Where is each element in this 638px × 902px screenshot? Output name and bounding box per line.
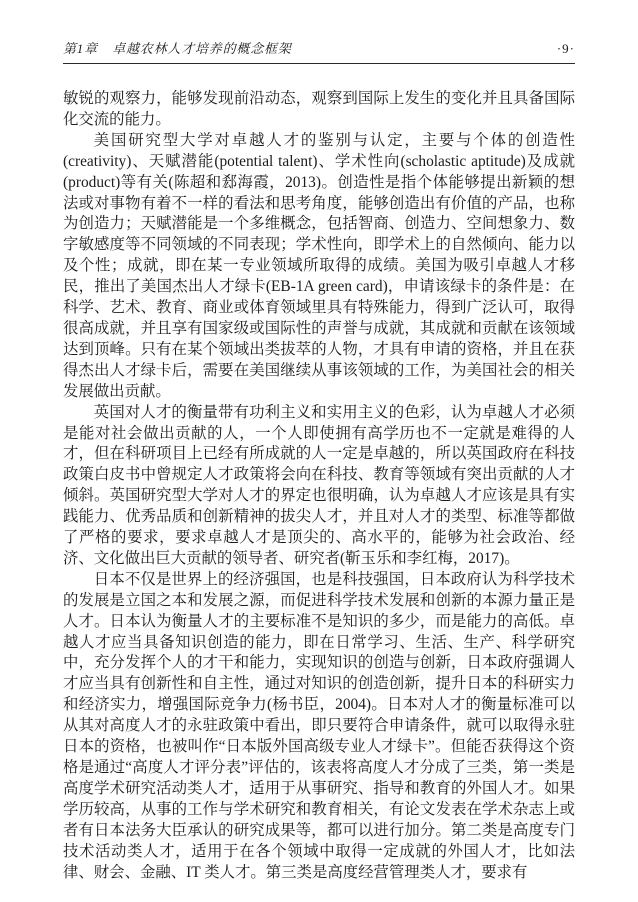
body-paragraph: 敏锐的观察力，能够发现前沿动态，观察到国际上发生的变化并且具备国际化交流的能力。 <box>63 89 575 131</box>
running-header: 第1章卓越农林人才培养的概念框架 ·9· <box>63 38 575 64</box>
chapter-title: 卓越农林人才培养的概念框架 <box>112 41 291 56</box>
chapter-number: 第1章 <box>63 41 98 56</box>
page-number: ·9· <box>557 41 575 57</box>
body-paragraph: 日本不仅是世界上的经济强国，也是科技强国，日本政府认为科学技术的发展是立国之本和… <box>63 570 575 884</box>
body-paragraph: 美国研究型大学对卓越人才的鉴别与认定，主要与个体的创造性(creativity)… <box>63 131 575 403</box>
body-paragraph: 英国对人才的衡量带有功利主义和实用主义的色彩，认为卓越人才必须是能对社会做出贡献… <box>63 403 575 570</box>
book-page: 第1章卓越农林人才培养的概念框架 ·9· 敏锐的观察力，能够发现前沿动态，观察到… <box>0 0 638 902</box>
running-head-title: 第1章卓越农林人才培养的概念框架 <box>63 38 292 57</box>
body-text: 敏锐的观察力，能够发现前沿动态，观察到国际上发生的变化并且具备国际化交流的能力。… <box>63 89 575 883</box>
